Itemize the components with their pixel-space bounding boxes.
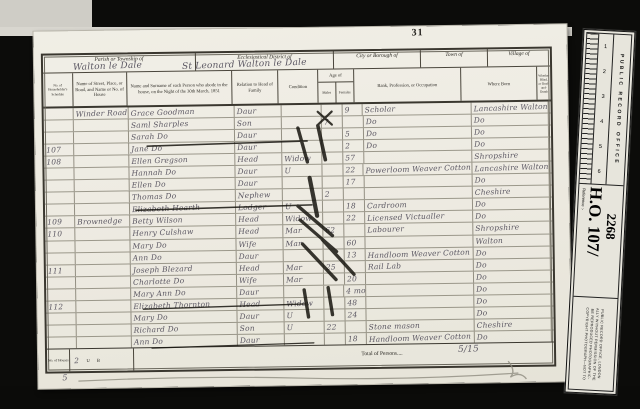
cell-age_f: [345, 321, 366, 332]
piece-number: 2268: [599, 213, 619, 296]
cell-name: Saml Sharples: [128, 118, 234, 131]
cell-age_m: [323, 201, 344, 212]
cell-name: Richard Do: [131, 323, 237, 336]
cell-relation: Head: [237, 298, 284, 310]
cell-infirm: [549, 114, 551, 125]
cell-born: Cheshire: [475, 318, 552, 330]
cell-occupation: Licensed Victualler: [365, 211, 474, 224]
cell-born: Shropshire: [472, 150, 549, 162]
cell-relation: Wife: [236, 238, 283, 250]
cell-schedule: [45, 193, 75, 204]
cell-relation: Son: [235, 117, 282, 129]
cell-infirm: [550, 186, 552, 197]
total-persons-label: Total of Persons....: [361, 351, 402, 358]
table-body: Winder RoadGrace GoodmanDaur9ScholarLanc…: [44, 102, 554, 349]
cell-infirm: [550, 234, 552, 245]
cell-street: [77, 312, 132, 324]
cell-relation: Head: [237, 262, 284, 274]
cell-occupation: Do: [363, 115, 472, 128]
col-age: Age of Males Females: [318, 69, 354, 102]
cell-schedule: [45, 241, 75, 252]
cell-infirm: [550, 222, 552, 233]
town-label: Town of: [421, 49, 488, 67]
cell-infirm: [552, 318, 554, 329]
cell-age_f: 17: [343, 176, 364, 187]
cell-schedule: 109: [45, 217, 75, 228]
cell-occupation: [366, 307, 475, 320]
col-street: Name of Street, Place, or Road, and Name…: [73, 72, 127, 106]
cell-schedule: [44, 168, 74, 179]
cell-schedule: [44, 120, 74, 131]
cell-condition: [285, 334, 325, 346]
cell-occupation: [366, 283, 475, 296]
cell-occupation: [366, 295, 475, 308]
cell-relation: Daur: [237, 286, 284, 298]
cell-infirm: [549, 162, 551, 173]
cell-age_m: [322, 141, 343, 152]
cell-schedule: [44, 108, 74, 119]
cell-infirm: [550, 198, 552, 209]
cell-relation: Daur: [238, 334, 285, 346]
cell-street: [75, 192, 130, 204]
cell-street: [74, 168, 129, 180]
cell-relation: Head: [236, 214, 283, 226]
cell-street: [76, 264, 131, 276]
cell-street: [77, 336, 132, 348]
cell-condition: Widow: [283, 213, 323, 225]
cell-occupation: Do: [364, 139, 473, 152]
cell-age_f: 5: [343, 128, 364, 139]
cell-street: [75, 228, 130, 240]
cell-infirm: [551, 270, 553, 281]
cell-name: Mary Ann Do: [131, 287, 237, 300]
cell-occupation: [364, 151, 473, 164]
cell-infirm: [551, 306, 553, 317]
cell-condition: Mar: [284, 273, 324, 285]
cell-born: Do: [474, 270, 551, 282]
cell-condition: U: [285, 322, 325, 334]
cell-relation: Wife: [237, 274, 284, 286]
cell-age_m: 2: [323, 189, 344, 200]
cell-born: Do: [473, 198, 550, 210]
cell-condition: [284, 249, 324, 261]
cell-street: [76, 240, 131, 252]
ruler-number: 1: [604, 43, 607, 49]
cell-age_m: 25: [324, 261, 345, 272]
cell-schedule: [46, 277, 76, 288]
ruler-number: 5: [599, 143, 602, 149]
cell-born: Do: [472, 114, 549, 126]
cell-schedule: 107: [44, 144, 74, 155]
cell-age_m: [325, 309, 346, 320]
cell-infirm: [551, 294, 553, 305]
cell-condition: U: [282, 165, 322, 177]
cell-condition: [282, 141, 322, 153]
cell-street: [77, 324, 132, 336]
houses-box: No. of Houses 2 U B: [47, 348, 134, 371]
cell-age_m: 62: [323, 225, 344, 236]
cell-condition: Mar: [284, 237, 324, 249]
cell-infirm: [550, 210, 552, 221]
cell-condition: [282, 105, 322, 117]
cell-age_m: 7: [322, 116, 343, 127]
cell-occupation: [364, 187, 473, 200]
cell-born: Do: [474, 258, 551, 270]
cell-occupation: [365, 235, 474, 248]
cell-age_f: [344, 225, 365, 236]
col-condition: Condition: [278, 70, 318, 104]
cell-street: [74, 144, 129, 156]
cell-born: Do: [475, 306, 552, 318]
cell-schedule: [46, 313, 76, 324]
cell-schedule: [45, 180, 75, 191]
cell-street: [76, 276, 131, 288]
cell-born: Lancashire Walton: [472, 162, 549, 174]
reference-section: Reference :- H.O. 107/ 2268: [574, 184, 624, 299]
cell-condition: Mar: [284, 225, 324, 237]
parish-label: Parish or Township of: [43, 53, 196, 72]
cell-age_m: [322, 165, 343, 176]
cell-age_f: 57: [343, 152, 364, 163]
pro-reference-strip: 123456 PUBLIC RECORD OFFICE Reference :-…: [565, 29, 636, 395]
col-relation: Relation to Head of Family: [232, 70, 279, 104]
cell-age_f: [344, 188, 365, 199]
cell-condition: [283, 177, 323, 189]
cell-occupation: Cardroom: [364, 199, 473, 212]
cell-born: Walton: [474, 234, 551, 246]
age-females-label: Females: [336, 82, 353, 102]
cell-infirm: [550, 174, 552, 185]
cell-age_m: [322, 153, 343, 164]
census-table: Parish or Township of Ecclesiastical Dis…: [41, 47, 556, 374]
cell-age_m: [324, 285, 345, 296]
ruler-number: 2: [603, 68, 606, 74]
cell-condition: U: [285, 309, 325, 321]
district-label: Ecclesiastical District of: [196, 52, 334, 71]
cell-born: Do: [474, 282, 551, 294]
cell-relation: Son: [238, 322, 285, 334]
cell-name: Ellen Do: [129, 178, 235, 191]
cell-name: Jane Do: [129, 142, 235, 155]
cell-occupation: Labourer: [365, 223, 474, 236]
cell-born: Do: [472, 126, 549, 138]
age-males-label: Males: [318, 83, 336, 103]
cell-condition: Widow: [285, 297, 325, 309]
village-label: Village of: [488, 49, 550, 67]
cell-condition: [284, 285, 324, 297]
cell-street: [75, 180, 130, 192]
scan-bottom-band: [0, 386, 640, 409]
cell-relation: Daur: [235, 141, 282, 153]
cell-infirm: [551, 246, 553, 257]
cell-age_f: 48: [345, 297, 366, 308]
cell-name: Charlotte Do: [131, 275, 237, 288]
ruler-number: 3: [601, 93, 604, 99]
census-sheet: 31 Parish or Township of Ecclesiastical …: [34, 24, 572, 388]
cell-name: Joseph Blezard: [130, 263, 236, 276]
cell-name: Grace Goodman: [128, 106, 234, 119]
copyright-box: COPYRIGHT PHOTOGRAPH—NOT TOBE REPRODUCED…: [569, 297, 618, 391]
cell-name: Elizabeth Hearth: [130, 202, 236, 215]
col-occupation: Rank, Profession, or Occupation: [354, 68, 462, 102]
cell-relation: Daur: [237, 310, 284, 322]
cell-born: Do: [474, 246, 551, 258]
cell-schedule: 108: [44, 156, 74, 167]
cell-schedule: [46, 253, 76, 264]
cell-relation: Daur: [234, 105, 281, 117]
houses-value: 2: [74, 356, 79, 365]
cell-age_m: 22: [325, 321, 346, 332]
houses-label: No. of Houses: [47, 349, 71, 371]
col-schedule: No. of Householder's Schedule: [43, 73, 73, 106]
cell-born: Do: [472, 138, 549, 150]
cell-relation: Head: [236, 226, 283, 238]
cell-name: Betty Wilson: [130, 214, 236, 227]
cell-born: Lancashire Walton: [471, 102, 548, 114]
census-scan-page: { "page": { "number": "31", "margin_note…: [0, 0, 640, 409]
cell-condition: [282, 129, 322, 141]
cell-age_f: 20: [345, 273, 366, 284]
cell-age_m: [323, 177, 344, 188]
cell-schedule: 111: [46, 265, 76, 276]
cell-schedule: [46, 289, 76, 300]
cell-infirm: [551, 258, 553, 269]
cell-street: Winder Road: [74, 107, 129, 119]
cell-age_f: 2: [343, 140, 364, 151]
cell-occupation: Stone mason: [366, 319, 475, 332]
cell-name: Sarah Do: [129, 130, 235, 143]
cell-name: Hannah Do: [129, 166, 235, 179]
cell-street: Brownedge: [75, 216, 130, 228]
col-infirm: Whether Blind, or Deaf-and-Dumb: [537, 67, 550, 100]
cell-age_f: 4 mo: [345, 285, 366, 296]
cell-age_m: [324, 297, 345, 308]
cell-age_f: 9: [342, 104, 363, 115]
cell-relation: Daur: [237, 250, 284, 262]
cell-name: Henry Culshaw: [130, 226, 236, 239]
scan-left-margin: [0, 30, 38, 390]
cell-name: Elizabeth Thornton: [131, 299, 237, 312]
cell-name: Mary Do: [131, 311, 237, 324]
city-label: City or Borough of: [334, 50, 421, 68]
cell-age_f: 24: [345, 309, 366, 320]
cell-infirm: [549, 138, 551, 149]
cell-occupation: Powerloom Weaver Cotton: [364, 163, 473, 176]
cell-occupation: [365, 271, 474, 284]
ruler-number: 6: [597, 168, 600, 174]
cell-born: Cheshire: [473, 186, 550, 198]
cell-condition: [283, 189, 323, 201]
cell-street: [74, 132, 129, 144]
cell-age_f: 13: [344, 249, 365, 260]
cell-age_m: [321, 104, 342, 115]
cell-infirm: [549, 126, 551, 137]
age-label: Age of: [318, 69, 353, 82]
cell-age_f: 18: [346, 333, 367, 344]
cell-born: Do: [473, 210, 550, 222]
cell-occupation: Handloom Weaver Cotton: [365, 247, 474, 260]
houses-b-label: B: [97, 357, 100, 362]
cell-street: [75, 204, 130, 216]
cell-infirm: [549, 102, 551, 113]
cell-age_m: [323, 213, 344, 224]
cell-condition: U: [283, 201, 323, 213]
cell-schedule: [44, 132, 74, 143]
total-persons-value: 5/15: [458, 344, 479, 355]
cell-relation: Daur: [235, 166, 282, 178]
cell-born: Do: [473, 174, 550, 186]
cell-born: Shropshire: [473, 222, 550, 234]
cell-name: Ann Do: [130, 250, 236, 263]
col-born: Where Born: [461, 67, 537, 101]
cell-age_m: [324, 237, 345, 248]
cell-age_f: 22: [344, 213, 365, 224]
cell-age_f: [345, 261, 366, 272]
ruler-number: 4: [600, 118, 603, 124]
cell-occupation: [364, 175, 473, 188]
cell-relation: Daur: [235, 129, 282, 141]
cell-age_m: [322, 129, 343, 140]
cell-name: Ellen Gregson: [129, 154, 235, 167]
cell-infirm: [552, 330, 554, 341]
cell-name: Thomas Do: [129, 190, 235, 203]
cell-schedule: 112: [46, 301, 76, 312]
cell-street: [74, 156, 129, 168]
cell-relation: Lodger: [236, 202, 283, 214]
cell-street: [76, 252, 131, 264]
cell-occupation: Do: [363, 127, 472, 140]
cell-age_m: [324, 249, 345, 260]
cell-age_f: 22: [343, 164, 364, 175]
cell-born: Do: [475, 294, 552, 306]
cell-street: [74, 119, 129, 131]
cell-street: [76, 288, 131, 300]
houses-u-label: U: [86, 357, 89, 362]
cell-street: [76, 300, 131, 312]
page-number: 31: [412, 27, 424, 38]
cell-schedule: [47, 337, 77, 348]
cell-condition: Mar: [284, 261, 324, 273]
cell-age_m: [324, 273, 345, 284]
cell-relation: Nephew: [236, 190, 283, 202]
cell-infirm: [549, 150, 551, 161]
cell-condition: [282, 117, 322, 129]
cell-age_f: 18: [344, 201, 365, 212]
cell-schedule: 110: [45, 229, 75, 240]
cell-relation: Head: [235, 153, 282, 165]
cell-occupation: Scholar: [363, 103, 472, 116]
cell-condition: Widow: [282, 153, 322, 165]
ruler-section: 123456 PUBLIC RECORD OFFICE: [579, 33, 631, 186]
cell-relation: Daur: [236, 178, 283, 190]
cell-schedule: [47, 325, 77, 336]
cell-infirm: [551, 282, 553, 293]
cell-name: Mary Do: [130, 238, 236, 251]
cell-occupation: Rail Lab: [365, 259, 474, 272]
cell-schedule: [45, 205, 75, 216]
cell-age_f: 60: [344, 237, 365, 248]
col-name: Name and Surname of each Person who abod…: [127, 71, 232, 105]
margin-page-number: 5: [62, 373, 68, 382]
cell-age_f: [343, 116, 364, 127]
cell-age_m: [325, 333, 346, 344]
